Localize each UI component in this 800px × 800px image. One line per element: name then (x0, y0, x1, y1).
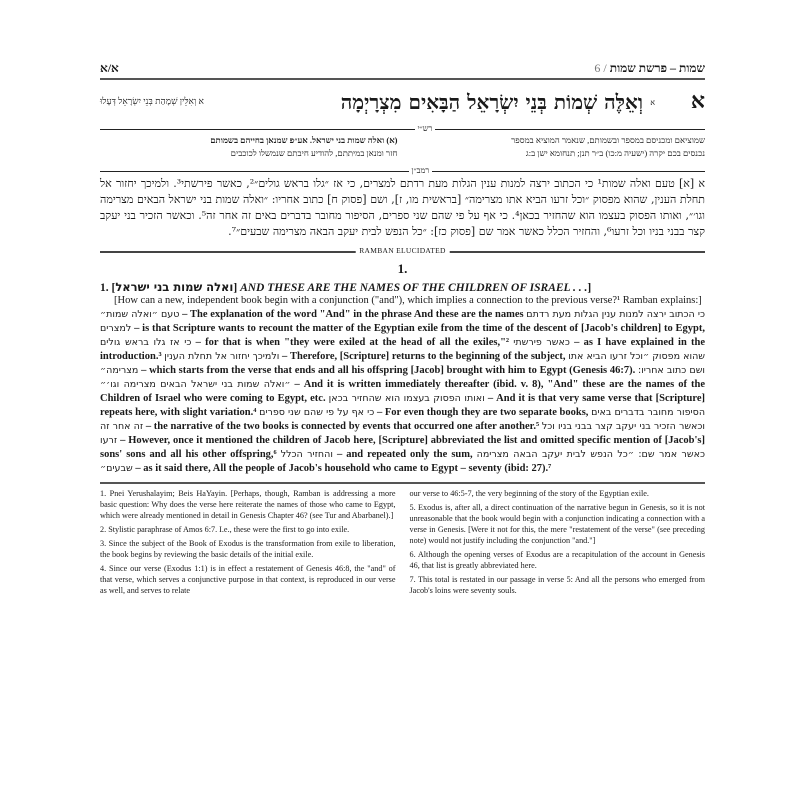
phrase-english: – The explanation of the word "And" in t… (182, 309, 523, 320)
phrase-hebrew: ולמיכך יחזור אל תחלת הענין (164, 351, 279, 362)
rashi-line: חזר ומנאן במיתתם, להודיע חיבתם שנמשלו לכ… (100, 147, 398, 160)
phrase-english: – which starts from the verse that ends … (141, 365, 635, 376)
ramban-separator: רמב״ן (100, 166, 705, 176)
rashi-commentary: (א) ואלה שמות בני ישראל. אע״פ שמנאן בחיי… (100, 134, 705, 160)
footnotes-left-column: 1. Pnei Yerushalayim; Beis HaYayin. [Per… (100, 488, 396, 599)
verse-letter: א (650, 98, 655, 107)
phrase-english: – For even though they are two separate … (377, 407, 588, 418)
ramban-label: רמב״ן (409, 166, 433, 175)
onkelos-translation: א וְאִלֵּין שְׁמָהַת בְּנֵי יִשְׂרָאֵל ד… (100, 96, 204, 106)
rashi-separator: רש״י (100, 124, 705, 134)
rashi-line: נכנסים בכם יקרה (ישעיה מ:כו) ב״ר תנן; תנ… (408, 147, 706, 160)
footnote: 2. Stylistic paraphrase of Amos 6:7. I.e… (100, 524, 396, 535)
rashi-label: רש״י (415, 124, 436, 133)
page-slash: / (603, 61, 606, 75)
chapter-verse-ref: א/א (100, 61, 119, 76)
verse-line: א א וְאֵלֶּה שְׁמוֹת בְּנֵי יִשְׂרָאֵל ה… (100, 88, 705, 118)
footnotes: 1. Pnei Yerushalayim; Beis HaYayin. [Per… (100, 488, 705, 599)
elucidated-banner: RAMBAN ELUCIDATED (355, 246, 450, 255)
phrase-english: – for that is when "they were exiled at … (196, 337, 509, 348)
page-header-title: שמות – פרשת שמות / 6 (594, 61, 705, 76)
elucidated-separator: RAMBAN ELUCIDATED (100, 245, 705, 257)
phrase-english: – is that Scripture wants to recount the… (134, 323, 705, 334)
phrase-english: – the narrative of the two books is conn… (146, 421, 539, 432)
rashi-right-column: (א) ואלה שמות בני ישראל. אע״פ שמנאן בחיי… (100, 134, 398, 160)
phrase-hebrew: כי אף על פי שהם שני ספרים (259, 407, 374, 418)
footnote: 1. Pnei Yerushalayim; Beis HaYayin. [Per… (100, 488, 396, 521)
footnote: our verse to 46:5-7, the very beginning … (410, 488, 706, 499)
footnote: 4. Since our verse (Exodus 1:1) is in ef… (100, 563, 396, 596)
book-page: א/א שמות – פרשת שמות / 6 א א וְאֵלֶּה שְ… (100, 60, 705, 599)
parsha-title: שמות – פרשת שמות (610, 61, 705, 75)
lemma-english: AND THESE ARE THE NAMES OF THE CHILDREN … (240, 282, 587, 294)
phrase-english: – as it said there, All the people of Ja… (135, 463, 551, 474)
phrase-hebrew: והחזיר הכלל (281, 449, 333, 460)
phrase-english: – and repeated only the sum, (337, 449, 473, 460)
footnote: 6. Although the opening verses of Exodus… (410, 549, 706, 571)
elucidation-intro: [How can a new, independent book begin w… (100, 294, 705, 308)
lemma-hebrew: ואלה שמות בני ישראל (115, 280, 233, 294)
phrase-hebrew: כי אז גלו בראש גולים (100, 337, 191, 348)
ramban-hebrew-text: א [א] טעם ואלה שמות¹ כי הכתוב ירצה למנות… (100, 176, 705, 240)
chapter-letter: א (691, 88, 705, 114)
footnote: 7. This total is restated in our passage… (410, 574, 706, 596)
phrase-hebrew: טעם ״ואלה שמות״ (100, 309, 179, 320)
lemma-number: 1. (100, 282, 109, 294)
footnotes-right-column: our verse to 46:5-7, the very beginning … (410, 488, 706, 599)
phrase-hebrew: כאשר פירשתי (513, 337, 570, 348)
rashi-line: (א) ואלה שמות בני ישראל. אע״פ שמנאן בחיי… (100, 134, 398, 147)
phrase-english: – Therefore, [Scripture] returns to the … (282, 351, 565, 362)
footnote: 5. Exodus is, after all, a direct contin… (410, 502, 706, 546)
rashi-left-column: שמוציאם ומכניסם במספר ובשמותם, שנאמר המו… (408, 134, 706, 160)
torah-verse: וְאֵלֶּה שְׁמוֹת בְּנֵי יִשְׂרָאֵל הַבָּ… (341, 90, 643, 115)
elucidation-text: טעם ״ואלה שמות״ – The explanation of the… (100, 308, 705, 476)
running-head: א/א שמות – פרשת שמות / 6 (100, 60, 705, 80)
footnote: 3. Since the subject of the Book of Exod… (100, 538, 396, 560)
footnote-rule (100, 482, 705, 484)
section-number: 1. (100, 261, 705, 277)
rashi-line: שמוציאם ומכניסם במספר ובשמותם, שנאמר המו… (408, 134, 706, 147)
elucidation-body: [How can a new, independent book begin w… (100, 294, 705, 476)
lemma-heading: 1. [ואלה שמות בני ישראל] AND THESE ARE T… (100, 280, 705, 294)
phrase-hebrew: ואותו הפסוק בעצמו הוא שהחזיר בכאן (329, 393, 485, 404)
page-number: 6 (594, 61, 600, 75)
